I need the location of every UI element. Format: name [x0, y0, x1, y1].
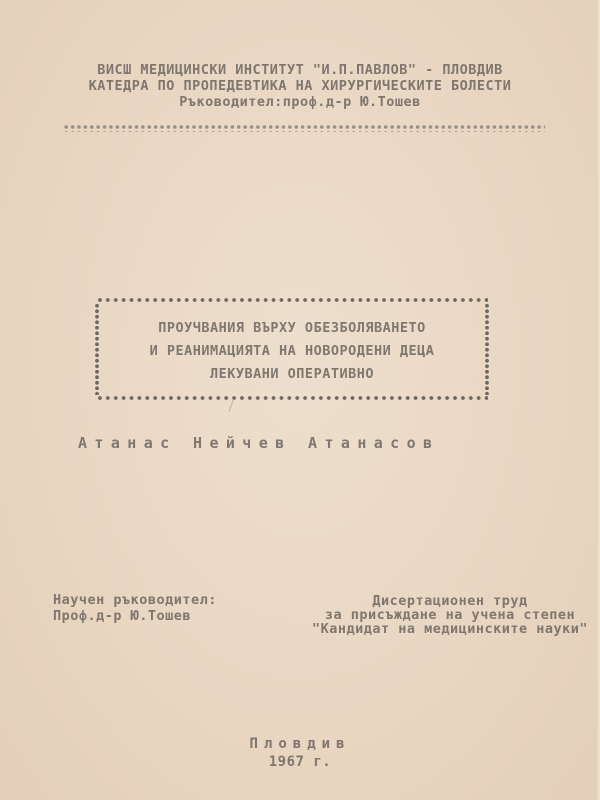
- thesis-line-3: "Кандидат на медицинските науки": [300, 622, 600, 636]
- thesis-line-1: Дисертационен труд: [300, 594, 600, 608]
- department-name: КАТЕДРА ПО ПРОПЕДЕВТИКА НА ХИРУРГИЧЕСКИТ…: [40, 78, 560, 94]
- dissertation-title: ПРОУЧВАНИЯ ВЪРХУ ОБЕЗБОЛЯВАНЕТО И РЕАНИМ…: [96, 317, 488, 386]
- box-border-top: [96, 297, 488, 303]
- box-border-bottom: [96, 395, 488, 401]
- supervisor-block: Научен ръководител: Проф.д-р Ю.Тошев: [53, 592, 217, 624]
- institution-name: ВИСШ МЕДИЦИНСКИ ИНСТИТУТ "И.П.ПАВЛОВ" - …: [40, 62, 560, 78]
- document-page: ВИСШ МЕДИЦИНСКИ ИНСТИТУТ "И.П.ПАВЛОВ" - …: [0, 0, 600, 800]
- title-box: ПРОУЧВАНИЯ ВЪРХУ ОБЕЗБОЛЯВАНЕТО И РЕАНИМ…: [96, 297, 488, 401]
- title-line-2: И РЕАНИМАЦИЯТА НА НОВОРОДЕНИ ДЕЦА: [96, 340, 488, 363]
- supervisor-label: Научен ръководител:: [53, 592, 217, 608]
- department-head: Ръководител:проф.д-р Ю.Тошев: [40, 94, 560, 110]
- institution-header: ВИСШ МЕДИЦИНСКИ ИНСТИТУТ "И.П.ПАВЛОВ" - …: [40, 62, 560, 110]
- author-name: Атанас Нейчев Атанасов: [78, 434, 498, 452]
- header-separator: [63, 124, 545, 132]
- page-edge: [596, 0, 600, 800]
- title-line-1: ПРОУЧВАНИЯ ВЪРХУ ОБЕЗБОЛЯВАНЕТО: [96, 317, 488, 340]
- supervisor-name: Проф.д-р Ю.Тошев: [53, 608, 217, 624]
- thesis-description: Дисертационен труд за присъждане на учен…: [300, 594, 600, 636]
- thesis-line-2: за присъждане на учена степен: [300, 608, 600, 622]
- city: Пловдив: [200, 735, 400, 753]
- year: 1967 г.: [200, 753, 400, 771]
- place-and-date: Пловдив 1967 г.: [200, 735, 400, 771]
- title-line-3: ЛЕКУВАНИ ОПЕРАТИВНО: [96, 363, 488, 386]
